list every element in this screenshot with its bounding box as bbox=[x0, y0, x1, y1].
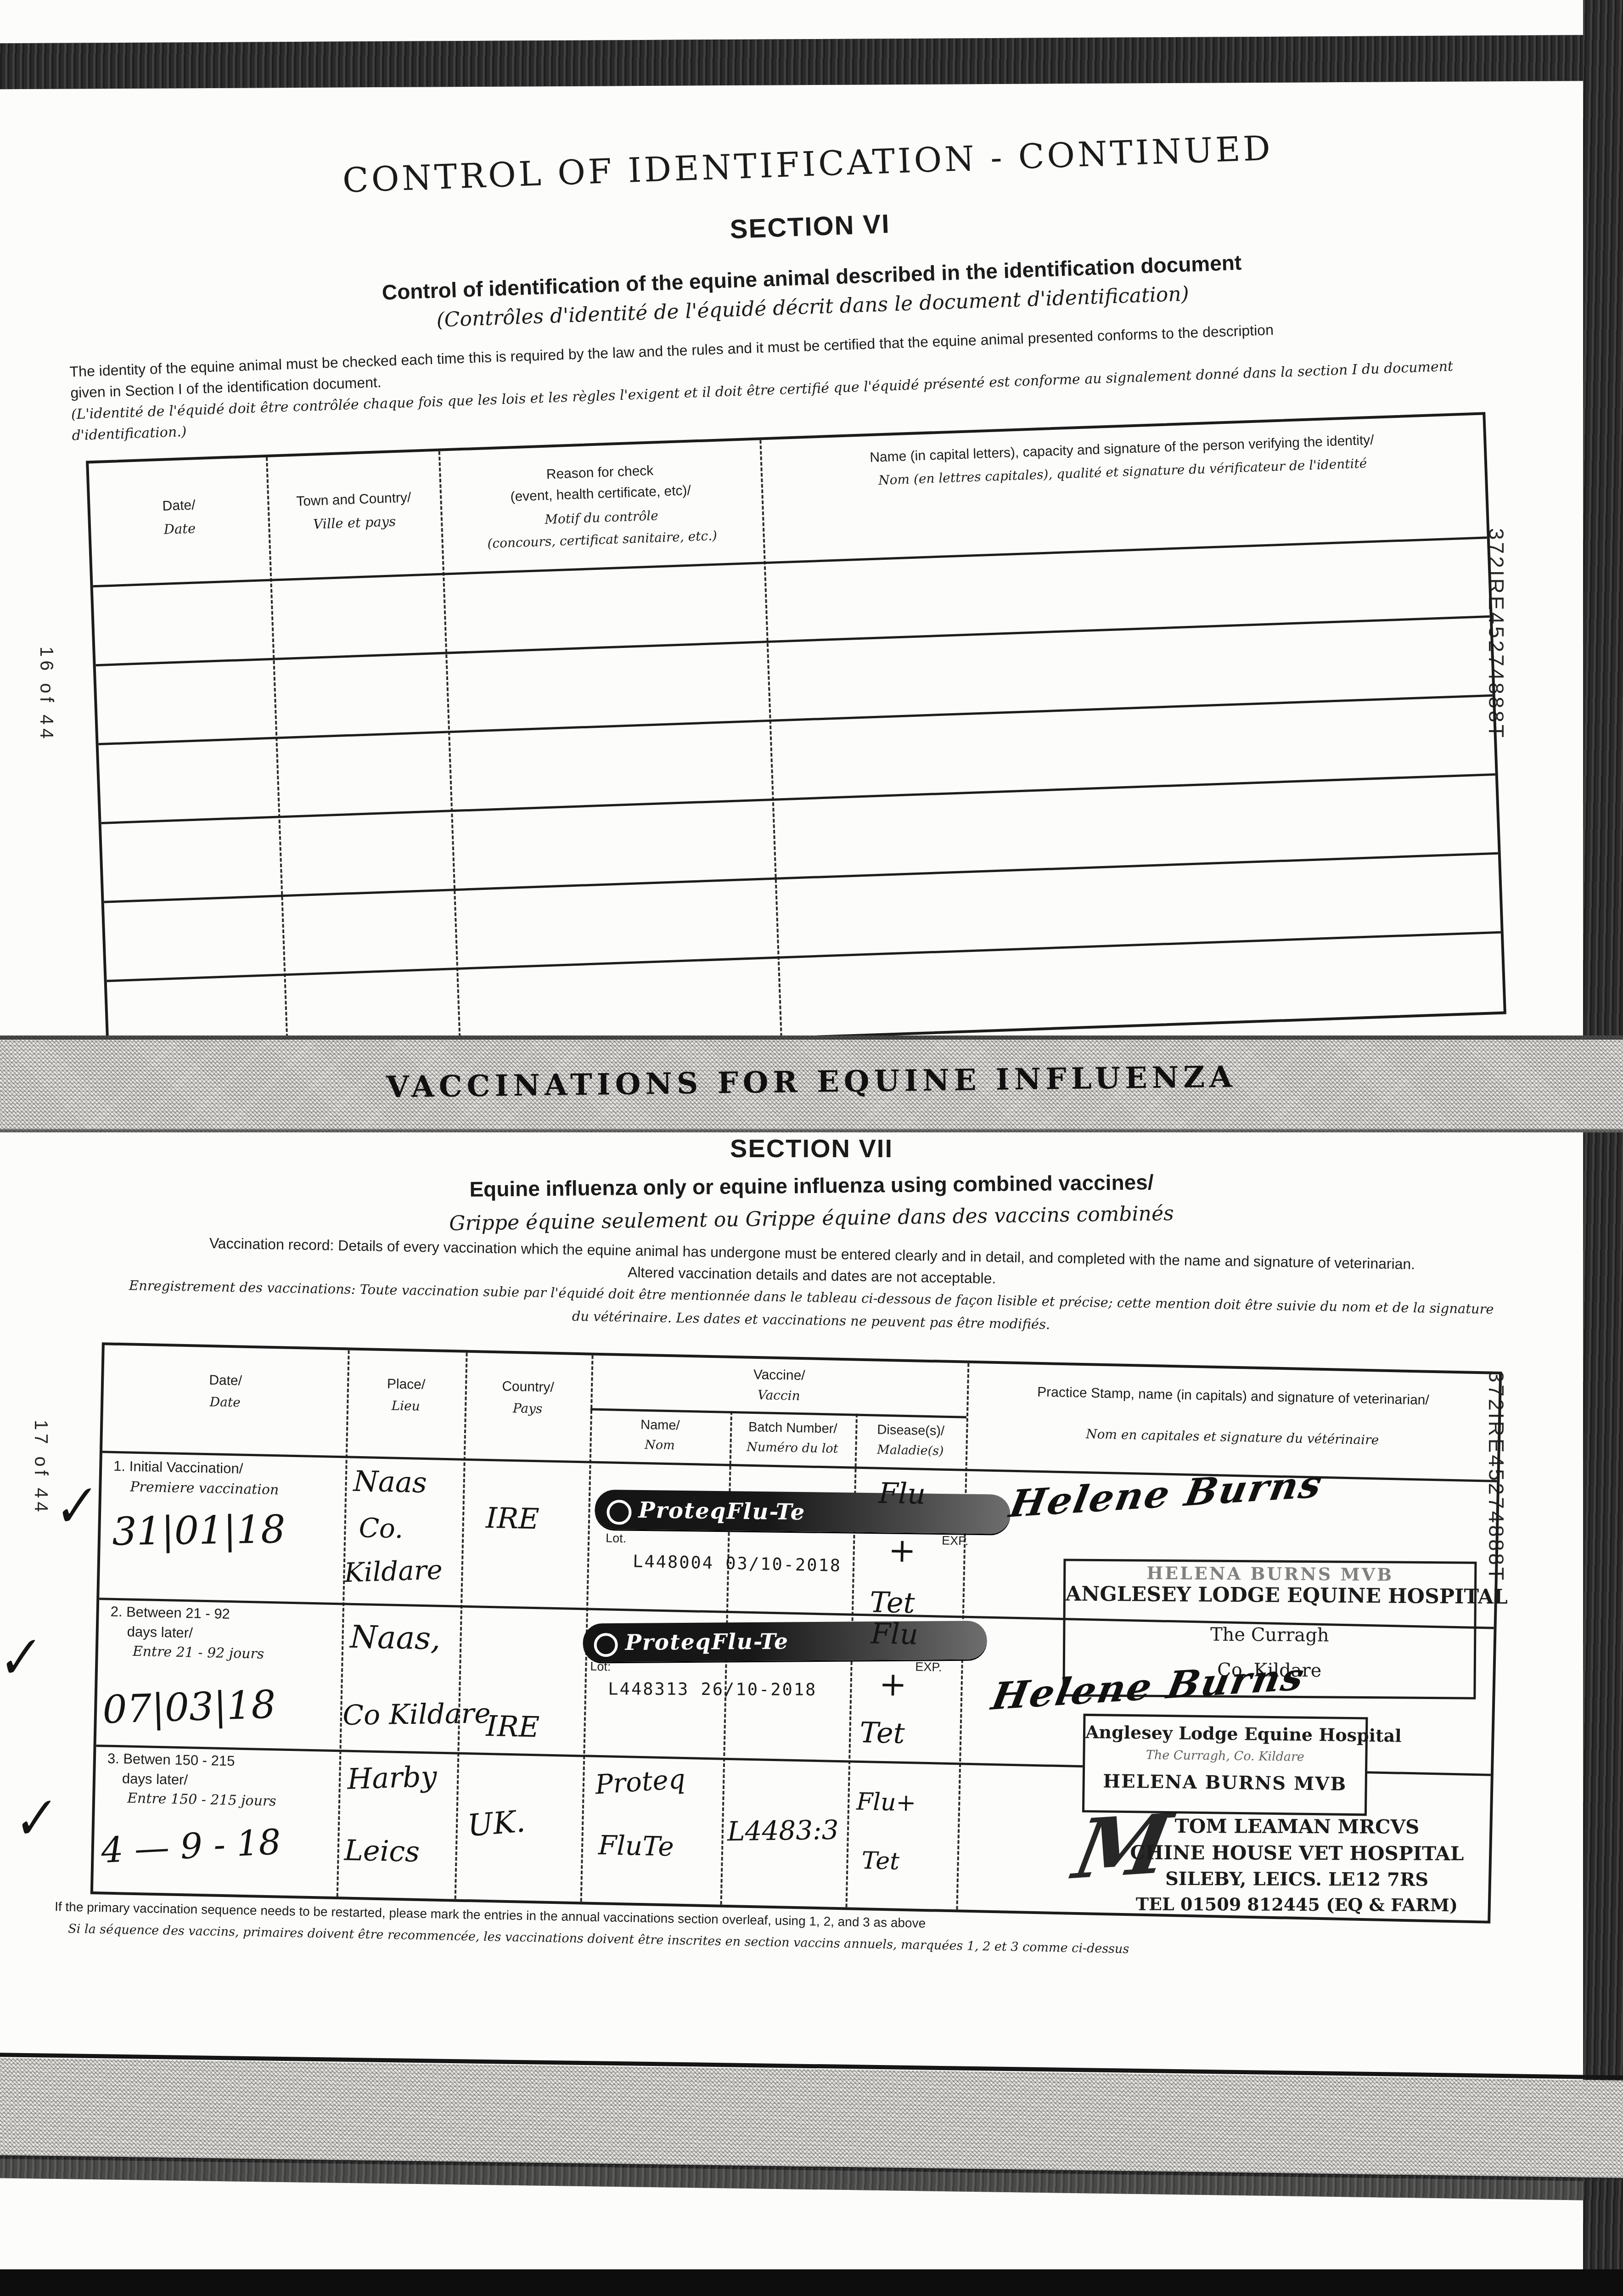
table7-header-stamp-en: Practice Stamp, name (in capitals) and s… bbox=[1017, 1382, 1449, 1411]
table6-header-date-en: Date/ bbox=[90, 495, 268, 517]
table7-divider bbox=[337, 1350, 350, 1896]
row3-stamp-line4: TEL 01509 812445 (EQ & FARM) bbox=[1101, 1891, 1492, 1918]
table6-divider bbox=[266, 457, 288, 1054]
row2-check-mark: ✓ bbox=[0, 1625, 44, 1693]
scanned-passport-page: 16 of 44 372IRE45274888T 17 of 44 372IRE… bbox=[0, 0, 1623, 2296]
section6-intro-line4: d'identification.) bbox=[72, 424, 187, 444]
row1-date-handwritten: 31|01|18 bbox=[112, 1507, 286, 1554]
row2-stamp-line1: Anglesey Lodge Equine Hospital bbox=[1085, 1722, 1366, 1745]
table7-subdivider bbox=[846, 1414, 858, 1908]
row2-exp-label: EXP. bbox=[915, 1660, 942, 1674]
row1-disease-handwritten-3: Tet bbox=[870, 1585, 915, 1620]
row2-sticker-brand: ProteqFlu-Te bbox=[625, 1629, 789, 1655]
table7-header-country-fr: Pays bbox=[465, 1400, 591, 1418]
row3-label-line2: days later/ bbox=[122, 1770, 188, 1788]
row2-stamp-vet-name: HELENA BURNS MVB bbox=[1084, 1770, 1365, 1795]
row2-lot-label: Lot: bbox=[590, 1660, 611, 1674]
row1-batch-number: L448004 03/10-2018 bbox=[633, 1552, 842, 1576]
table7-vaccine-split-line bbox=[590, 1408, 966, 1418]
table6-header-date-fr: Date bbox=[91, 518, 269, 540]
table6-row-line bbox=[93, 536, 1487, 587]
row2-label-line2: days later/ bbox=[127, 1623, 193, 1641]
section7-banner-title: VACCINATIONS FOR EQUINE INFLUENZA bbox=[0, 1055, 1623, 1109]
row2-place-handwritten-2: Co Kildare bbox=[343, 1697, 491, 1731]
section7-label: SECTION VII bbox=[0, 1133, 1623, 1163]
row3-stamp-line1: TOM LEAMAN MRCVS bbox=[1102, 1812, 1492, 1840]
table6-header-reason-fr2: (concours, certificat sanitaire, etc.) bbox=[441, 526, 763, 552]
table7-header-vaccine-en: Vaccine/ bbox=[591, 1364, 967, 1387]
row1-check-mark: ✓ bbox=[45, 1473, 100, 1542]
row1-label-line2: Premiere vaccination bbox=[130, 1479, 279, 1498]
row2-place-handwritten-1: Naas, bbox=[350, 1619, 441, 1657]
row1-place-handwritten-3: Kildare bbox=[344, 1554, 443, 1588]
page-number-top: 16 of 44 bbox=[36, 647, 56, 743]
section7-record-paragraph: Vaccination record: Details of every vac… bbox=[0, 1231, 1623, 1356]
row3-country-handwritten: UK. bbox=[466, 1803, 527, 1843]
row3-vaccine-handwritten-1: Proteq bbox=[594, 1763, 686, 1801]
row1-disease-handwritten-2: + bbox=[888, 1531, 916, 1570]
row1-stamp-line2: The Curragh bbox=[1065, 1623, 1474, 1647]
row3-practice-stamp: TOM LEAMAN MRCVS CHINE HOUSE VET HOSPITA… bbox=[1101, 1812, 1492, 1918]
row3-date-handwritten: 4 — 9 - 18 bbox=[100, 1821, 282, 1871]
row2-disease-handwritten-3: Tet bbox=[859, 1716, 905, 1750]
table6-row-line bbox=[107, 931, 1501, 982]
table7-header-date-fr: Date bbox=[103, 1392, 347, 1412]
row2-stamp-line2: The Curragh, Co. Kildare bbox=[1085, 1747, 1365, 1765]
row3-place-handwritten-1: Harby bbox=[347, 1760, 438, 1796]
row3-disease-handwritten-2: Tet bbox=[861, 1847, 900, 1875]
table7-divider bbox=[455, 1353, 468, 1899]
row1-sticker-brand: ProteqFlu-Te bbox=[638, 1497, 805, 1525]
row1-place-handwritten-1: Naas bbox=[353, 1464, 427, 1499]
row2-label-line1: 2. Between 21 - 92 bbox=[110, 1604, 230, 1622]
row3-stamp-line3: SILEBY, LEICS. LE12 7RS bbox=[1101, 1866, 1492, 1893]
section7-banner-band: VACCINATIONS FOR EQUINE INFLUENZA bbox=[0, 1035, 1623, 1132]
row1-country-handwritten: IRE bbox=[485, 1501, 539, 1536]
row3-label-line1: 3. Betwen 150 - 215 bbox=[107, 1750, 235, 1770]
table7-header-vaccine-fr: Vaccin bbox=[591, 1384, 967, 1407]
table7-header-batch-fr: Numéro du lot bbox=[730, 1440, 855, 1457]
table7-header-name-fr: Nom bbox=[590, 1437, 730, 1454]
row2-country-handwritten: IRE bbox=[486, 1709, 540, 1744]
identification-checks-table: Date/ Date Town and Country/ Ville et pa… bbox=[86, 412, 1506, 1063]
row3-place-handwritten-2: Leics bbox=[344, 1834, 420, 1868]
table6-row-line bbox=[98, 694, 1492, 745]
table6-header-town-en: Town and Country/ bbox=[267, 489, 440, 511]
row1-exp-label: EXP. bbox=[942, 1534, 969, 1548]
section6-heading-block: CONTROL OF IDENTIFICATION - CONTINUED SE… bbox=[0, 89, 1623, 453]
row1-label-line1: 1. Initial Vaccination/ bbox=[113, 1458, 243, 1477]
footer-note-fr: Si la séquence des vaccins, primaires do… bbox=[68, 1922, 1129, 1956]
row2-label-line3: Entre 21 - 92 jours bbox=[132, 1643, 264, 1662]
row3-disease-handwritten-1: Flu+ bbox=[856, 1788, 916, 1817]
row3-batch-handwritten: L4483:3 bbox=[727, 1814, 839, 1847]
row1-lot-label: Lot. bbox=[606, 1531, 627, 1546]
row3-stamp-line2: CHINE HOUSE VET HOSPITAL bbox=[1102, 1839, 1492, 1867]
row2-disease-handwritten-1: Flu bbox=[870, 1616, 918, 1651]
vaccine-logo-icon bbox=[607, 1500, 632, 1525]
table6-divider bbox=[759, 440, 782, 1036]
row3-vaccine-handwritten-2: FluTe bbox=[598, 1829, 674, 1862]
table7-header-place-en: Place/ bbox=[347, 1375, 466, 1393]
row3-label-line3: Entre 150 - 215 jours bbox=[127, 1790, 276, 1810]
table7-header-place-fr: Lieu bbox=[347, 1397, 465, 1414]
row2-vaccine-sticker: ProteqFlu-Te bbox=[583, 1621, 987, 1662]
table7-header-disease-fr: Maladie(s) bbox=[855, 1442, 966, 1459]
table7-header-stamp-fr: Nom en capitales et signature du vétérin… bbox=[1016, 1425, 1448, 1449]
table7-header-batch-en: Batch Number/ bbox=[730, 1419, 856, 1437]
table7-header-date-en: Date/ bbox=[104, 1370, 348, 1391]
table6-row-line bbox=[104, 852, 1498, 903]
vaccination-table: Date/ Date Place/ Lieu Country/ Pays Vac… bbox=[90, 1342, 1502, 1924]
row1-disease-handwritten-1: Flu bbox=[878, 1476, 926, 1511]
page-number-bottom: 17 of 44 bbox=[30, 1420, 51, 1516]
row2-disease-handwritten-2: + bbox=[879, 1665, 907, 1704]
row2-batch-number: L448313 26/10-2018 bbox=[608, 1679, 817, 1699]
row1-stamp-vet-name: HELENA BURNS MVB bbox=[1066, 1562, 1474, 1585]
row3-check-mark: ✓ bbox=[5, 1785, 59, 1854]
table7-header-name-en: Name/ bbox=[590, 1417, 730, 1435]
table7-header-disease-en: Disease(s)/ bbox=[855, 1422, 966, 1440]
row1-vaccine-sticker: ProteqFlu-Te bbox=[595, 1490, 1011, 1534]
table6-header-reason-fr1: Motif du contrôle bbox=[441, 504, 763, 530]
scan-artifact-top-band bbox=[0, 35, 1623, 90]
table6-header-town-fr: Ville et pays bbox=[268, 512, 441, 534]
row1-place-handwritten-2: Co. bbox=[359, 1512, 404, 1544]
table7-header-country-en: Country/ bbox=[465, 1378, 591, 1396]
table6-row-line bbox=[95, 615, 1489, 666]
scan-artifact-bottom-black bbox=[0, 2269, 1623, 2296]
table6-row-line bbox=[101, 773, 1495, 824]
row2-date-handwritten: 07|03|18 bbox=[102, 1682, 276, 1732]
row1-stamp-line1: ANGLESEY LODGE EQUINE HOSPITAL bbox=[1066, 1582, 1474, 1608]
vaccine-logo-icon bbox=[594, 1633, 618, 1657]
